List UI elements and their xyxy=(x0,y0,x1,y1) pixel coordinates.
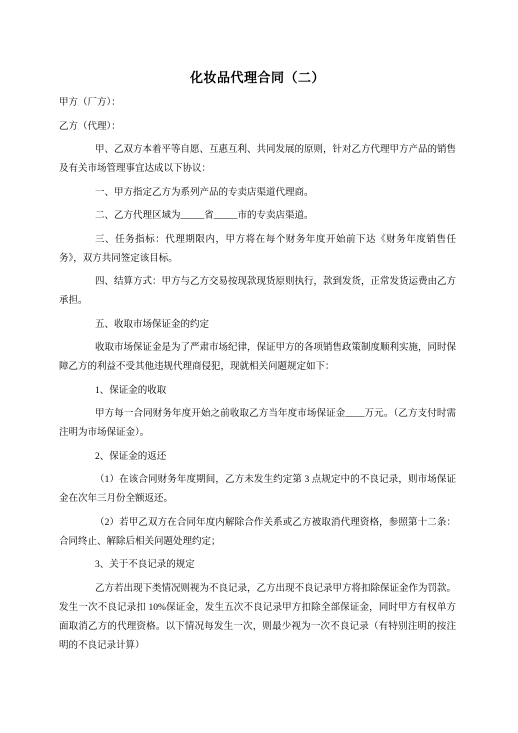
paragraph: 五、收取市场保证金的约定 xyxy=(59,316,456,335)
paragraph: 四、结算方式：甲方与乙方交易按现款现货原则执行，款到发货，正常发货运费由乙方承担… xyxy=(59,273,456,311)
document-title: 化妆品代理合同（二） xyxy=(59,68,456,88)
paragraph: 甲、乙双方本着平等自愿、互惠互利、共同发展的原则，针对乙方代理甲方产品的销售及有… xyxy=(59,141,456,179)
document-body: 甲方（厂方）：乙方（代理）：甲、乙双方本着平等自愿、互惠互利、共同发展的原则，针… xyxy=(59,94,456,656)
paragraph: 三、任务指标：代理期限内，甲方将在每个财务年度开始前下达《财务年度销售任务》，双… xyxy=(59,231,456,269)
paragraph: 3、关于不良记录的规定 xyxy=(59,556,456,575)
paragraph: 二、乙方代理区域为_____省_____市的专卖店渠道。 xyxy=(59,207,456,226)
paragraph: 一、甲方指定乙方为系列产品的专卖店渠道代理商。 xyxy=(59,184,456,203)
document-page: 化妆品代理合同（二） 甲方（厂方）：乙方（代理）：甲、乙双方本着平等自愿、互惠互… xyxy=(0,0,518,733)
paragraph: 2、保证金的返还 xyxy=(59,448,456,467)
paragraph: 收取市场保证金是为了严肃市场纪律，保证甲方的各项销售政策制度顺利实施，同时保障乙… xyxy=(59,339,456,377)
paragraph: 乙方（代理）： xyxy=(59,118,456,137)
paragraph: 甲方（厂方）： xyxy=(59,94,456,113)
paragraph: 1、保证金的收取 xyxy=(59,382,456,401)
paragraph: （1）在该合同财务年度期间，乙方未发生约定第 3 点规定中的不良记录，则市场保证… xyxy=(59,471,456,509)
paragraph: 乙方若出现下类情况则视为不良记录，乙方出现不良记录甲方将扣除保证金作为罚款。发生… xyxy=(59,580,456,656)
paragraph: 甲方每一合同财务年度开始之前收取乙方当年度市场保证金____万元。（乙方支付时需… xyxy=(59,405,456,443)
paragraph: （2）若甲乙双方在合同年度内解除合作关系或乙方被取消代理资格，参照第十二条：合同… xyxy=(59,514,456,552)
